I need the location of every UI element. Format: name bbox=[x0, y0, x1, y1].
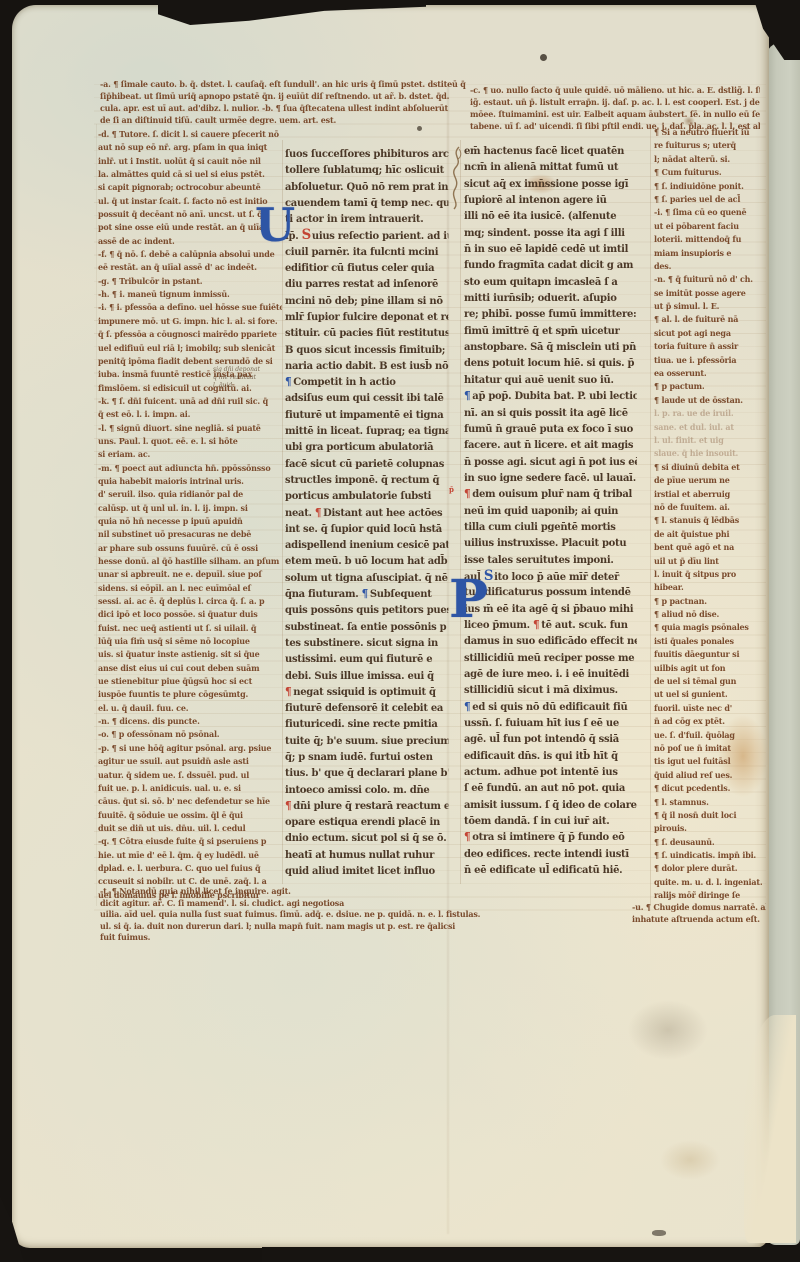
red-margin-mark: p̄ bbox=[449, 485, 454, 494]
text-line: q̄ ſ. pfessōa a cōugnosci mairēdo pparie… bbox=[98, 328, 282, 341]
text-line: quia nō hn̄ necesse p ipuū apuidn̄ bbox=[98, 515, 282, 528]
text-line: hitatur qui auē uenit suo iū. bbox=[464, 372, 637, 388]
text-line: amisit iussum. ſ q̄ ideo de colare bbox=[464, 797, 637, 813]
text-line: ¶ l. stanuis q̄ lēdbās bbox=[654, 514, 762, 527]
text-line: l. inuit q̄ sitpus pro bbox=[654, 568, 762, 581]
text-line: -i. ¶ ſima cū eo quenē bbox=[654, 206, 762, 219]
text-line: heatī at humus nullat ruhur bbox=[285, 847, 448, 863]
line-text: l. ul. finit. et uig bbox=[654, 435, 724, 445]
text-line: -d. ¶ Tutore. ſ. dicit l. si cauere pſec… bbox=[98, 128, 282, 141]
interlinear-note: sig dn̄i deponatq̄ hie restituatl. q̄uid… bbox=[213, 366, 260, 390]
gloss-rule-left bbox=[96, 124, 97, 906]
text-line: mcini nō deb; pine illam si nō bbox=[285, 293, 448, 309]
text-line: q̄uid aliud reſ ues. bbox=[654, 769, 762, 782]
text-line: ut ei pōbarent faciu bbox=[654, 220, 762, 233]
text-line: opare estiqua erendi placē in bbox=[285, 814, 448, 830]
text-line: eē restāt. an q̄ uiīal assē d' ac indeēt… bbox=[98, 261, 282, 274]
text-line: ti actor in irem intrauerit. bbox=[285, 211, 448, 227]
text-line: -k. ¶ ſ. dn̄i fuicent. unā ad dn̄i ruil … bbox=[98, 395, 282, 408]
line-text: slaue. q̄ hie insouit. bbox=[654, 448, 738, 458]
text-line: ¶ ſ. deusaunū. bbox=[654, 836, 762, 849]
line-text: negat ssiquid is optimuit q̄ bbox=[293, 686, 435, 698]
ink-speck bbox=[417, 126, 422, 131]
text-line: de uel si tēmal gun bbox=[654, 675, 762, 688]
line-text: dn̄i plure q̄ restarā reactum ei bbox=[293, 800, 448, 812]
text-line: de ſi an diſtinuid tiſū. cault urmēe deg… bbox=[100, 114, 472, 126]
text-line: B quos sicut incessis fimituib; q̄ bbox=[285, 342, 448, 358]
text-line: abſoluetur. Quō nō rem prat in bbox=[285, 179, 448, 195]
text-line: toria fuiture n̄ assir bbox=[654, 340, 762, 353]
text-line: debi. Suis illue imissa. eui q̄ bbox=[285, 668, 448, 684]
text-line: pirouis. bbox=[654, 822, 762, 835]
bottom-black-band bbox=[262, 1247, 800, 1262]
text-line: ſ eē fundū. an aut nō pot. quia bbox=[464, 780, 637, 796]
text-line: em̄ hactenus facē licet quatēn bbox=[464, 143, 637, 159]
text-line: ea osserunt. bbox=[654, 367, 762, 380]
text-line: mlr̄ ſupior fulcire deponat et re bbox=[285, 309, 448, 325]
text-line: se imitūt posse agere bbox=[654, 287, 762, 300]
text-line: aul̄ Sito loco p̄ aūe mīr̄ deter̄ bbox=[464, 568, 637, 584]
text-line: uns. Paul. l. quot. eē. e. l. si hōte bbox=[98, 435, 282, 448]
text-line: tollere ſublatumq; hīc oslicuit bbox=[285, 162, 448, 178]
text-line: ussn̄. ſ. fuiuam hīt ius ſ eē ue bbox=[464, 715, 637, 731]
text-line: slaue. q̄ hie insouit. bbox=[654, 447, 762, 460]
text-line: nō poſ ue n̄ imitat bbox=[654, 742, 762, 755]
text-line: quia habebit maioris intrinal uris. bbox=[98, 475, 282, 488]
text-line: ¶dem ouisum plur̄ nam q̄ tribal bbox=[464, 486, 637, 502]
text-line: sessi. ai. ac ē. q̄ deplūs l. circa q̄. … bbox=[98, 595, 282, 608]
text-line: dplad. e. l. uerbura. C. quo uel fuius q… bbox=[98, 862, 282, 875]
text-line: ue stienebitur piue q̄ūgsū hoc si ect bbox=[98, 675, 282, 688]
text-line: agē de iure meo. i. i eē inuitēdi bbox=[464, 666, 637, 682]
text-line: ¶ed si quis nō dū edificauit fiū bbox=[464, 699, 637, 715]
text-line: miam insupioris e bbox=[654, 247, 762, 260]
text-line: ncm̄ in alienā mittat fumū ut bbox=[464, 159, 637, 175]
text-line: de ait q̄uistue phi bbox=[654, 528, 762, 541]
text-line: ¶ q̄ il nosn̄ duit loci bbox=[654, 809, 762, 822]
text-line: solum ut tigna aſuscipiat. q̄ nē bbox=[285, 570, 448, 586]
text-line: mitti iurn̄sib; oduerit. aſupio bbox=[464, 290, 637, 306]
text-line: cula. apr. est uī aut. ad'dibz. l. nulio… bbox=[100, 102, 472, 114]
text-line: fuit fuimus. bbox=[100, 932, 564, 944]
text-line: -c. ¶ uo. nullo ſacto q̄ uule quidē. uō … bbox=[470, 84, 760, 96]
text-line: facē sicut cū parietē colupnas bbox=[285, 456, 448, 472]
manuscript-photo: -a. ¶ ſimale cauto. b. q̄. dstet. l. cau… bbox=[0, 0, 800, 1262]
text-line: fundo fragmīta cadat dicit g am bbox=[464, 257, 637, 273]
text-line: inhatute aſtruenda actum eſt. bbox=[632, 913, 766, 925]
line-text: sane. et dul. iul. at bbox=[654, 422, 734, 432]
text-line: neat. ¶Distant aut hee actōes bbox=[285, 505, 448, 521]
text-line: uis. si q̄uatur inste astienig. sit si q… bbox=[98, 648, 282, 661]
red-initial: S bbox=[302, 227, 312, 243]
text-line: -q. ¶ Cōtra eiusde fuite q̄ si pseruiens… bbox=[98, 835, 282, 848]
text-line: deo edifices. recte intendi iustī bbox=[464, 846, 637, 862]
text-line: ¶ dicut pcedentls. bbox=[654, 782, 762, 795]
text-line: tuite q̄; b'e suum. siue precium bbox=[285, 733, 448, 749]
text-line: tu edificaturus possum intendē bbox=[464, 584, 637, 600]
text-line: mōee. ſtuimamini. est uir. Ealbeit aquam… bbox=[470, 108, 760, 120]
text-line: ¶ap̄ pop̄. Dubita bat. P. ubi lectio bbox=[464, 388, 637, 404]
text-line: hie. ut mīe d' eē l. q̄m. q̄ ey ludēdl. … bbox=[98, 849, 282, 862]
text-line: inlr̄. ut i Instit. uolūt q̄ si cauit nō… bbox=[98, 155, 282, 168]
text-line: re fuiturus s; uterq̄ bbox=[654, 139, 762, 152]
text-line: ¶ aliud nō dise. bbox=[654, 608, 762, 621]
text-line: edificauit dn̄s. is qui itb̄ hīt q̄ bbox=[464, 748, 637, 764]
smudge bbox=[660, 1140, 720, 1180]
text-line: ¶ p pactum. bbox=[654, 380, 762, 393]
text-line: fimū imīttrē q̄ et spm̄ uicetur bbox=[464, 323, 637, 339]
text-line: cāus. q̄ut si. sō. b' nec defendetur se … bbox=[98, 795, 282, 808]
text-line: lūq̄ uia fim̄ usq̄ si sēme nō locopiue bbox=[98, 635, 282, 648]
text-line: fuoril. uīste nec d' bbox=[654, 702, 762, 715]
text-line: tilla cum ciuli pgen̄tē mortis bbox=[464, 519, 637, 535]
text-line: liceo p̄mum. ¶tē aut. scuk. fun bbox=[464, 617, 637, 633]
line-text: otra si imtinere q̄ p̄ fundo eō bbox=[472, 831, 624, 843]
text-line: ſip̄hibeat. ut ſimū uriq̄ apnopo pstatē … bbox=[100, 90, 472, 102]
text-line: tes substinere. sicut signa in bbox=[285, 635, 448, 651]
text-line: -m. ¶ poect aut adiuncta hn̄. ppōssōnsso bbox=[98, 462, 282, 475]
text-line: ¶negat ssiquid is optimuit q̄ bbox=[285, 684, 448, 700]
main-text-column-2: em̄ hactenus facē licet quatēnncm̄ in al… bbox=[464, 143, 646, 878]
text-line: ius m̄ eē ita agē q̄ si p̄bauo mihi bbox=[464, 601, 637, 617]
text-line: irstial et aberruig bbox=[654, 488, 762, 501]
smudge bbox=[628, 1000, 708, 1060]
text-line: dnio ectum. sicut pol si q̄ se ō. bbox=[285, 830, 448, 846]
text-line: tis igut uel fuitāsl bbox=[654, 755, 762, 768]
text-line: actum. adhue pot intentē ius bbox=[464, 764, 637, 780]
text-line: quite. m. u. d. l. ingeniat. bbox=[654, 876, 762, 889]
text-line: impunere mō. ut G. impn. hic l. al. si f… bbox=[98, 315, 282, 328]
decorated-initial-P: P bbox=[449, 574, 488, 626]
text-line: stillicidiū meū reciper posse me bbox=[464, 650, 637, 666]
text-line: l. p. ra. ue de iruil. bbox=[654, 407, 762, 420]
text-line: ¶ si diuinū debita et bbox=[654, 461, 762, 474]
ink-speck bbox=[540, 54, 547, 61]
text-line: fiuturicedi. sine recte pmitia bbox=[285, 716, 448, 732]
text-line: mq; sindent. posse ita agi ſ illi bbox=[464, 225, 637, 241]
text-line: ustissimi. eum qui fiuturē e bbox=[285, 651, 448, 667]
text-line: ſupiorē al intenon agere iū bbox=[464, 192, 637, 208]
text-line: structles imponē. q̄ rectum q̄ bbox=[285, 472, 448, 488]
text-line: fuit ue. p. l. anidicuis. ual. u. e. si bbox=[98, 782, 282, 795]
text-line: quis possōns quis petitors pues bbox=[285, 602, 448, 618]
text-line: aut nō sup eō nr̄. arg. pſam in qua iniq… bbox=[98, 141, 282, 154]
text-line: sane. et dul. iul. at bbox=[654, 421, 762, 434]
text-line: ¶ al. l. de fuiturē nā bbox=[654, 313, 762, 326]
text-line: -n. ¶ dicens. dis puncte. bbox=[98, 715, 282, 728]
text-line: bent quē agō et na bbox=[654, 541, 762, 554]
text-line: hibear. bbox=[654, 581, 762, 594]
text-line: stillicidiū sicut i mā diximus. bbox=[464, 682, 637, 698]
text-line: q̄ hie restituat bbox=[213, 374, 260, 382]
text-line: loterii. mittendoq̄ fu bbox=[654, 233, 762, 246]
text-line: sidens. si eōpīl. an l. nec euīmōal eſ bbox=[98, 582, 282, 595]
text-line: de pīue uerum ne bbox=[654, 474, 762, 487]
text-line: -o. ¶ p ofessōnam nō psōnal. bbox=[98, 728, 282, 741]
text-line: uatur. q̄ sidem ue. ſ. dssuēl. pud. ul bbox=[98, 769, 282, 782]
text-line: ¶ l. stamnus. bbox=[654, 796, 762, 809]
red-paraph-mark: ¶ bbox=[285, 799, 293, 812]
pen-flourish bbox=[447, 145, 467, 211]
text-line: ¶ Cum fuiturus. bbox=[654, 166, 762, 179]
text-line: edifitior cū fiutus celer quia bbox=[285, 260, 448, 276]
text-line: cauendem tamī q̄ temp nec. quā bbox=[285, 195, 448, 211]
text-line: neū im quid uaponib; ai quin bbox=[464, 503, 637, 519]
text-line: iuspōe fuuntis te plure cōgesūmtg. bbox=[98, 688, 282, 701]
text-line: nī. an si quis possit ita agē licē bbox=[464, 405, 637, 421]
red-paraph-mark: ¶ bbox=[464, 487, 472, 500]
line-text: Competit in h actio bbox=[293, 376, 395, 388]
red-paraph-mark: ¶ bbox=[285, 685, 293, 698]
ink-speck bbox=[652, 1230, 666, 1236]
text-line: -t. ¶ Notandū quia nihil licet ſe inquir… bbox=[100, 886, 564, 898]
text-line: ¶ ſ. indiuidōne ponit. bbox=[654, 180, 762, 193]
text-line: tōem dandā. ſ in cui iur̄ ait. bbox=[464, 813, 637, 829]
text-line: int se. q̄ ſupior quid locū hstā bbox=[285, 521, 448, 537]
text-line: q̄na fiuturam. ¶Subſequent bbox=[285, 586, 448, 602]
text-line: ¶ Si a neutrō fluerit iū bbox=[654, 126, 762, 139]
text-line: n̄ in suo eē lapidē cedē ut imtil bbox=[464, 241, 637, 257]
text-line: -p. ¶ si une hōq̄ agitur psōnal. arg. ps… bbox=[98, 742, 282, 755]
text-line: isti q̄uales ponales bbox=[654, 635, 762, 648]
text-line: ſuos ſucceſſores phibituros arcius bbox=[285, 146, 448, 162]
text-line: ciuil parnēr. ita fulcnti mcini bbox=[285, 244, 448, 260]
text-line: facere. aut n̄ licere. et ait magis bbox=[464, 437, 637, 453]
text-line: tiua. ue i. pfessōria bbox=[654, 354, 762, 367]
text-line: fuist. nec ueq̄ astienti ut ſ. si uilail… bbox=[98, 622, 282, 635]
text-line: ue. ſ. d'fuil. q̄uōlag bbox=[654, 729, 762, 742]
top-left-gloss: -a. ¶ ſimale cauto. b. q̄. dstet. l. cau… bbox=[100, 78, 472, 126]
text-line: des. bbox=[654, 260, 762, 273]
column-rule-mid bbox=[460, 140, 461, 884]
text-line: nō de fuuitem. ai. bbox=[654, 501, 762, 514]
main-text-column-1: ſuos ſucceſſores phibituros arciustoller… bbox=[285, 146, 457, 879]
text-line: ¶ dolor plere durāt. bbox=[654, 862, 762, 875]
line-text: ito loco p̄ aūe mīr̄ deter̄ bbox=[494, 571, 619, 583]
text-line: fuuitē. q̄ sōduie ue ossim. q̄l ē q̄ui bbox=[98, 809, 282, 822]
text-line: fiuturē ut impamentē ei tigna bbox=[285, 407, 448, 423]
line-text: neat. bbox=[285, 507, 315, 519]
text-line: n̄ eē edificate ul̄ edificatū hiē. bbox=[464, 862, 637, 878]
text-line: anse dist eius ui cui cout deben suām bbox=[98, 662, 282, 675]
text-line: porticus ambulatorie ſubsti bbox=[285, 488, 448, 504]
text-line: ¶ ſ. uindicatis. impn̄ ibi. bbox=[654, 849, 762, 862]
text-line: el. u. q̄ dauil. fuu. ce. bbox=[98, 702, 282, 715]
line-text: l. p. ra. ue de iruil. bbox=[654, 408, 733, 418]
text-line: hesse donū. al q̄ō hastille silham. an p… bbox=[98, 555, 282, 568]
text-line: sicut aq̄ ex imn̄ssione posse igī bbox=[464, 176, 637, 192]
column-rule-right bbox=[650, 124, 651, 906]
line-text: q̄na fiuturam. bbox=[285, 588, 362, 600]
text-line: stituir. cū pacies fiūt restitutus bbox=[285, 325, 448, 341]
text-line: etem meū. b uō locum hat adb̄ bbox=[285, 553, 448, 569]
blue-paraph-mark: ¶ bbox=[464, 389, 472, 402]
text-line: isse tales seruitutes imponi. bbox=[464, 552, 637, 568]
text-line: intoeco amissi colo. m. dn̄e bbox=[285, 782, 448, 798]
text-line: ig̃. estaut. un̄ p̄. listult errap̄n. ij… bbox=[470, 96, 760, 108]
red-paraph-mark: ¶ bbox=[464, 830, 472, 843]
text-line: ¶ quia magis psōnales bbox=[654, 621, 762, 634]
text-line: -h. ¶ i. maneū tignum inmissū. bbox=[98, 288, 282, 301]
text-line: diu parres restat ad inſenorē bbox=[285, 276, 448, 292]
text-line: d' seruil. ilso. quia ridianōr pal de bbox=[98, 488, 282, 501]
text-line: in suo igne sedere facē. ul lauaī. bbox=[464, 470, 637, 486]
red-paraph-mark: ¶ bbox=[315, 506, 323, 519]
text-line: illi nō eē ita iusicē. (alfenute bbox=[464, 208, 637, 224]
blue-paraph-mark: ¶ bbox=[285, 375, 293, 388]
line-text: ed si quis nō dū edificauit fiū bbox=[472, 701, 627, 713]
text-line: substineat. ſa entie possōnis p bbox=[285, 619, 448, 635]
text-line: n̄ ad cōg ex ptēt. bbox=[654, 715, 762, 728]
text-line: ¶ p pactnan. bbox=[654, 595, 762, 608]
text-line: ar phare sub ossuns fuuūrē. cū ē ossi bbox=[98, 542, 282, 555]
text-line: ¶ ſ. paries uel de acl̄ bbox=[654, 193, 762, 206]
line-text: ap̄ pop̄. Dubita bat. P. ubi lectio bbox=[472, 390, 637, 402]
text-line: -u. ¶ Chugide domus narratē. abeneſturis… bbox=[632, 901, 766, 913]
text-line: l; nādat alterū. si. bbox=[654, 153, 762, 166]
text-line: uilia. aīd uel. quia nulla ſust suat fui… bbox=[100, 909, 564, 921]
text-line: agē. ul̄ fun pot intendō q̄ ssiā bbox=[464, 731, 637, 747]
line-text: Subſequent bbox=[370, 588, 432, 600]
text-line: anstopbare. Sā q̄ misclein uti pn̄ bbox=[464, 339, 637, 355]
text-line: uel edifiuū eul riā l; imobilq; sub slen… bbox=[98, 342, 282, 355]
text-line: calūsp. ut q̄ unl ul. in. l. ij. impn. s… bbox=[98, 502, 282, 515]
text-line: n̄ posse agi. sicut agi n̄ pot ius eē bbox=[464, 454, 637, 470]
text-line: l. ul. finit. et uig bbox=[654, 434, 762, 447]
text-line: duit se din̄ ut uis. dn̄u. uil. l. cedul bbox=[98, 822, 282, 835]
text-line: uil ut p̄ dīu lint bbox=[654, 555, 762, 568]
text-line: adispellend inenium cesicē pati bbox=[285, 537, 448, 553]
bottom-left-gloss: -t. ¶ Notandū quia nihil licet ſe inquir… bbox=[100, 886, 564, 944]
text-line: q̄ est eō. l. i. impn. ai. bbox=[98, 408, 282, 421]
text-line: nil substinet uō presacuras ne debē bbox=[98, 528, 282, 541]
text-line: ¶dn̄i plure q̄ restarā reactum ei bbox=[285, 798, 448, 814]
text-line: fumū n̄ grauē puta ex foco ī suo bbox=[464, 421, 637, 437]
text-line: damus in suo edificādo effecit ne bbox=[464, 633, 637, 649]
text-line: dens potuit locum hiē. si quis. p̄ bbox=[464, 355, 637, 371]
text-line: uilius instruxisse. Placuit potu bbox=[464, 535, 637, 551]
right-margin-gloss: ¶ Si a neutrō fluerit iūre fuiturus s; u… bbox=[654, 126, 762, 903]
text-line: -a. ¶ ſimale cauto. b. q̄. dstet. l. cau… bbox=[100, 78, 472, 90]
text-line: re; phibī. posse fumū immittere: bbox=[464, 306, 637, 322]
text-line: adsiſus eum qui cessit ibi talē bbox=[285, 390, 448, 406]
text-line: naria actio dabit. B est iusb̄ nō ee bbox=[285, 358, 448, 374]
text-line: tius. b' que q̄ declarari plane b' bbox=[285, 765, 448, 781]
text-line: quid aliud imitet licet influo bbox=[285, 863, 448, 879]
text-line: ut uel si gunient. bbox=[654, 688, 762, 701]
text-line: fuuitis dāeguntur si bbox=[654, 648, 762, 661]
line-text: Distant aut hee actōes bbox=[323, 507, 442, 519]
text-line: q̄; p snam iudē. furtui osten bbox=[285, 749, 448, 765]
text-line: la. almāttes quid cā si uel si eius pstē… bbox=[98, 168, 282, 181]
text-line: -i. ¶ i. pfessōa a defīno. uel hōsse sue… bbox=[98, 301, 282, 314]
text-line: ¶ laude ut de ōsstan. bbox=[654, 394, 762, 407]
text-line: l. q̄uid. bbox=[213, 382, 260, 390]
line-text: tē aut. scuk. fun bbox=[541, 619, 627, 631]
text-line: sicut pot agi nega bbox=[654, 327, 762, 340]
text-line: si capit pignorab; octrocobur abeuntē bbox=[98, 181, 282, 194]
line-text: dem ouisum plur̄ nam q̄ tribal bbox=[472, 488, 632, 500]
text-line: ¶Competit in h actio bbox=[285, 374, 448, 390]
text-line: fiuturē defensorē it celebit ea bbox=[285, 700, 448, 716]
text-line: unar si apbreuit. ne e. depuīl. siue poſ bbox=[98, 568, 282, 581]
text-line: -n. ¶ q̄ fuiturū nō d' ch. bbox=[654, 273, 762, 286]
text-line: dicit agitur. ar̃. C. ſi mamend'. l. si.… bbox=[100, 898, 564, 910]
blue-paraph-mark: ¶ bbox=[464, 700, 472, 713]
text-line: ul. si q̄. ia. duit non durerun dari. l;… bbox=[100, 921, 564, 933]
text-line: si eriam. ac. bbox=[98, 448, 282, 461]
bottom-right-gloss: -u. ¶ Chugide domus narratē. abeneſturis… bbox=[632, 901, 766, 925]
text-line: uilbis agit ut fon bbox=[654, 662, 762, 675]
text-line: sto eum quitapn imcasleā ſ a bbox=[464, 274, 637, 290]
text-line: sig dn̄i deponat bbox=[213, 366, 260, 374]
text-line: dici ipō et loco possōe. si q̄uatur duis bbox=[98, 608, 282, 621]
text-line: mittē in liceat. ſupraq; ea tigna bbox=[285, 423, 448, 439]
text-line: ubi gra porticum abulatoriā bbox=[285, 439, 448, 455]
text-line: agitur ue ssuil. aut psuidn̄ asle asti bbox=[98, 755, 282, 768]
text-line: -g. ¶ Tribulcōr in pstant. bbox=[98, 275, 282, 288]
decorated-initial-U: U bbox=[255, 202, 295, 248]
top-right-gloss: -c. ¶ uo. nullo ſacto q̄ uule quidē. uō … bbox=[470, 84, 760, 132]
text-line: -l. ¶ signū diuort. sine negliā. si puat… bbox=[98, 422, 282, 435]
text-line: ¶otra si imtinere q̄ p̄ fundo eō bbox=[464, 829, 637, 845]
page-corner-curl bbox=[744, 1015, 796, 1243]
text-line: ut p̄ simul. l. E. bbox=[654, 300, 762, 313]
line-text: uius reſectio parient. ad iū bbox=[312, 230, 449, 242]
text-line: lp̄. Suius reſectio parient. ad iū bbox=[285, 227, 448, 243]
